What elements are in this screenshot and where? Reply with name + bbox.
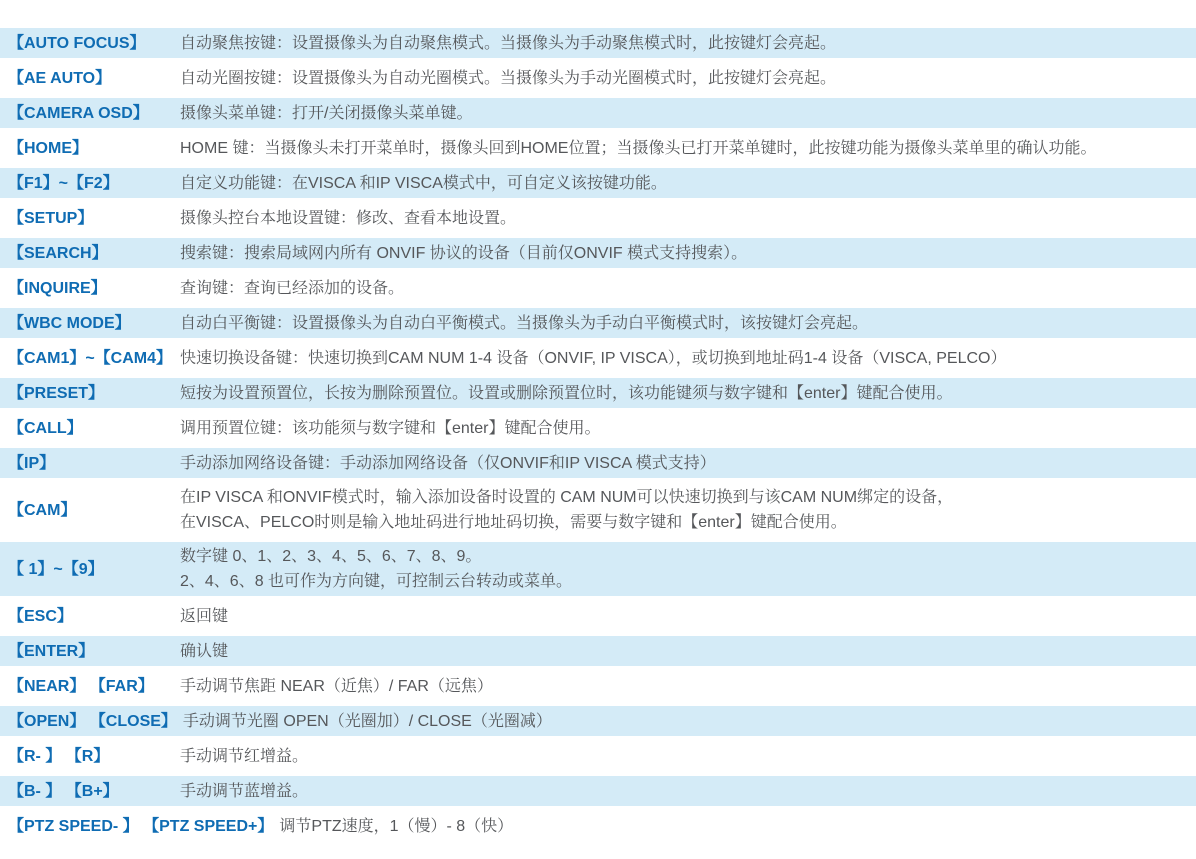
description-line: 手动添加网络设备键：手动添加网络设备（仅ONVIF和IP VISCA 模式支持） (180, 451, 1190, 476)
key-description: 查询键：查询已经添加的设备。 (180, 276, 1190, 301)
description-line: 自定义功能键：在VISCA 和IP VISCA模式中，可自定义该按键功能。 (180, 171, 1190, 196)
table-row: 【F1】~【F2】 自定义功能键：在VISCA 和IP VISCA模式中，可自定… (0, 168, 1196, 198)
description-line: 调用预置位键：该功能须与数字键和【enter】键配合使用。 (180, 416, 1190, 441)
key-label: 【B- 】 【B+】 (8, 779, 180, 804)
table-row: 【OPEN】 【CLOSE】 手动调节光圈 OPEN（光圈加）/ CLOSE（光… (0, 706, 1196, 736)
key-description: 手动调节光圈 OPEN（光圈加）/ CLOSE（光圈减） (183, 709, 1190, 734)
key-label: 【CALL】 (8, 416, 180, 441)
key-label: 【AUTO FOCUS】 (8, 31, 180, 56)
table-row: 【INQUIRE】 查询键：查询已经添加的设备。 (0, 273, 1196, 303)
table-row: 【CALL】 调用预置位键：该功能须与数字键和【enter】键配合使用。 (0, 413, 1196, 443)
key-label: 【AE AUTO】 (8, 66, 180, 91)
key-description: 数字键 0、1、2、3、4、5、6、7、8、9。2、4、6、8 也可作为方向键，… (180, 544, 1190, 594)
description-line: 在VISCA、PELCO时则是输入地址码进行地址码切换，需要与数字键和【ente… (180, 510, 1190, 535)
key-description: 调节PTZ速度，1（慢）- 8（快） (279, 814, 1190, 839)
key-description: 自动聚焦按键：设置摄像头为自动聚焦模式。当摄像头为手动聚焦模式时，此按键灯会亮起… (180, 31, 1190, 56)
key-label: 【R- 】 【R】 (8, 744, 180, 769)
description-line: 摄像头控台本地设置键：修改、查看本地设置。 (180, 206, 1190, 231)
key-label: 【WBC MODE】 (8, 311, 180, 336)
key-label: 【OPEN】 【CLOSE】 (8, 709, 183, 734)
key-label: 【HOME】 (8, 136, 180, 161)
description-line: 手动调节红增益。 (180, 744, 1190, 769)
key-description: 自动白平衡键：设置摄像头为自动白平衡模式。当摄像头为手动白平衡模式时，该按键灯会… (180, 311, 1190, 336)
description-line: 手动调节蓝增益。 (180, 779, 1190, 804)
table-row: 【PRESET】 短按为设置预置位，长按为删除预置位。设置或删除预置位时，该功能… (0, 378, 1196, 408)
description-line: 数字键 0、1、2、3、4、5、6、7、8、9。 (180, 544, 1190, 569)
key-label: 【NEAR】 【FAR】 (8, 674, 180, 699)
key-label: 【PTZ SPEED- 】 【PTZ SPEED+】 (8, 814, 279, 839)
key-description: 摄像头控台本地设置键：修改、查看本地设置。 (180, 206, 1190, 231)
table-row: 【AE AUTO】 自动光圈按键：设置摄像头为自动光圈模式。当摄像头为手动光圈模… (0, 63, 1196, 93)
key-label: 【INQUIRE】 (8, 276, 180, 301)
table-row: 【WBC MODE】 自动白平衡键：设置摄像头为自动白平衡模式。当摄像头为手动白… (0, 308, 1196, 338)
key-label: 【CAM1】~【CAM4】 (8, 346, 180, 371)
key-function-table: 【AUTO FOCUS】 自动聚焦按键：设置摄像头为自动聚焦模式。当摄像头为手动… (0, 0, 1196, 859)
key-description: 调用预置位键：该功能须与数字键和【enter】键配合使用。 (180, 416, 1190, 441)
table-row: 【SEARCH】 搜索键：搜索局域网内所有 ONVIF 协议的设备（目前仅ONV… (0, 238, 1196, 268)
table-row: 【ENTER】 确认键 (0, 636, 1196, 666)
key-description: 搜索键：搜索局域网内所有 ONVIF 协议的设备（目前仅ONVIF 模式支持搜索… (180, 241, 1190, 266)
description-line: 短按为设置预置位，长按为删除预置位。设置或删除预置位时，该功能键须与数字键和【e… (180, 381, 1190, 406)
description-line: HOME 键：当摄像头未打开菜单时，摄像头回到HOME位置；当摄像头已打开菜单键… (180, 136, 1190, 161)
key-description: 自定义功能键：在VISCA 和IP VISCA模式中，可自定义该按键功能。 (180, 171, 1190, 196)
key-description: 摄像头菜单键：打开/关闭摄像头菜单键。 (180, 101, 1190, 126)
key-label: 【PRESET】 (8, 381, 180, 406)
table-row: 【AUTO FOCUS】 自动聚焦按键：设置摄像头为自动聚焦模式。当摄像头为手动… (0, 28, 1196, 58)
key-label: 【CAMERA OSD】 (8, 101, 180, 126)
table-row: 【CAM1】~【CAM4】 快速切换设备键：快速切换到CAM NUM 1-4 设… (0, 343, 1196, 373)
table-row: 【SETUP】 摄像头控台本地设置键：修改、查看本地设置。 (0, 203, 1196, 233)
table-row: 【B- 】 【B+】 手动调节蓝增益。 (0, 776, 1196, 806)
description-line: 搜索键：搜索局域网内所有 ONVIF 协议的设备（目前仅ONVIF 模式支持搜索… (180, 241, 1190, 266)
key-description: 快速切换设备键：快速切换到CAM NUM 1-4 设备（ONVIF, IP VI… (180, 346, 1190, 371)
table-row: 【IP】 手动添加网络设备键：手动添加网络设备（仅ONVIF和IP VISCA … (0, 448, 1196, 478)
key-label: 【 1】~【9】 (8, 557, 180, 582)
key-label: 【SETUP】 (8, 206, 180, 231)
key-description: 短按为设置预置位，长按为删除预置位。设置或删除预置位时，该功能键须与数字键和【e… (180, 381, 1190, 406)
key-description: 手动添加网络设备键：手动添加网络设备（仅ONVIF和IP VISCA 模式支持） (180, 451, 1190, 476)
description-line: 手动调节光圈 OPEN（光圈加）/ CLOSE（光圈减） (183, 709, 1190, 734)
table-row: 【 1】~【9】 数字键 0、1、2、3、4、5、6、7、8、9。2、4、6、8… (0, 542, 1196, 596)
description-line: 摄像头菜单键：打开/关闭摄像头菜单键。 (180, 101, 1190, 126)
key-description: 返回键 (180, 604, 1190, 629)
table-row: 【CAM】 在IP VISCA 和ONVIF模式时，输入添加设备时设置的 CAM… (0, 483, 1196, 537)
key-label: 【SEARCH】 (8, 241, 180, 266)
table-row: 【PTZ SPEED- 】 【PTZ SPEED+】 调节PTZ速度，1（慢）-… (0, 811, 1196, 841)
key-description: 手动调节红增益。 (180, 744, 1190, 769)
description-line: 手动调节焦距 NEAR（近焦）/ FAR（远焦） (180, 674, 1190, 699)
description-line: 自动光圈按键：设置摄像头为自动光圈模式。当摄像头为手动光圈模式时，此按键灯会亮起… (180, 66, 1190, 91)
table-row: 【R- 】 【R】 手动调节红增益。 (0, 741, 1196, 771)
key-description: HOME 键：当摄像头未打开菜单时，摄像头回到HOME位置；当摄像头已打开菜单键… (180, 136, 1190, 161)
description-line: 确认键 (180, 639, 1190, 664)
key-description: 手动调节焦距 NEAR（近焦）/ FAR（远焦） (180, 674, 1190, 699)
description-line: 返回键 (180, 604, 1190, 629)
description-line: 2、4、6、8 也可作为方向键，可控制云台转动或菜单。 (180, 569, 1190, 594)
key-label: 【ESC】 (8, 604, 180, 629)
table-row: 【NEAR】 【FAR】 手动调节焦距 NEAR（近焦）/ FAR（远焦） (0, 671, 1196, 701)
table-row: 【CAMERA OSD】 摄像头菜单键：打开/关闭摄像头菜单键。 (0, 98, 1196, 128)
table-row: 【HOME】 HOME 键：当摄像头未打开菜单时，摄像头回到HOME位置；当摄像… (0, 133, 1196, 163)
key-label: 【ENTER】 (8, 639, 180, 664)
table-row: 【ESC】 返回键 (0, 601, 1196, 631)
key-description: 自动光圈按键：设置摄像头为自动光圈模式。当摄像头为手动光圈模式时，此按键灯会亮起… (180, 66, 1190, 91)
key-description: 在IP VISCA 和ONVIF模式时，输入添加设备时设置的 CAM NUM可以… (180, 485, 1190, 535)
description-line: 自动聚焦按键：设置摄像头为自动聚焦模式。当摄像头为手动聚焦模式时，此按键灯会亮起… (180, 31, 1190, 56)
key-label: 【IP】 (8, 451, 180, 476)
key-label: 【F1】~【F2】 (8, 171, 180, 196)
description-line: 调节PTZ速度，1（慢）- 8（快） (279, 814, 1190, 839)
description-line: 自动白平衡键：设置摄像头为自动白平衡模式。当摄像头为手动白平衡模式时，该按键灯会… (180, 311, 1190, 336)
key-description: 确认键 (180, 639, 1190, 664)
key-label: 【CAM】 (8, 498, 180, 523)
key-description: 手动调节蓝增益。 (180, 779, 1190, 804)
description-line: 在IP VISCA 和ONVIF模式时，输入添加设备时设置的 CAM NUM可以… (180, 485, 1190, 510)
description-line: 快速切换设备键：快速切换到CAM NUM 1-4 设备（ONVIF, IP VI… (180, 346, 1190, 371)
description-line: 查询键：查询已经添加的设备。 (180, 276, 1190, 301)
